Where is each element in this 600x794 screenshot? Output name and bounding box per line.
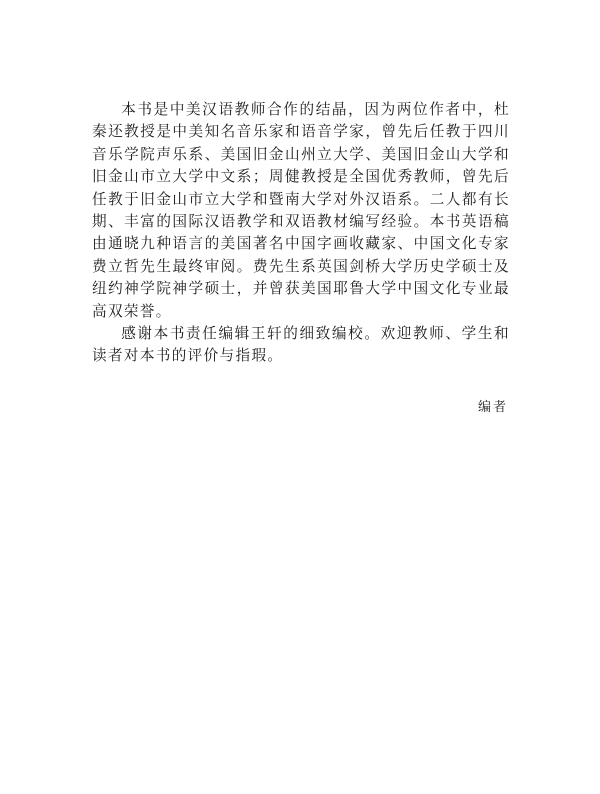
document-body: 本书是中美汉语教师合作的结晶，因为两位作者中，杜秦还教授是中美知名音乐家和语音学… (92, 99, 510, 368)
paragraph-authors: 本书是中美汉语教师合作的结晶，因为两位作者中，杜秦还教授是中美知名音乐家和语音学… (92, 99, 510, 323)
paragraph-acknowledgements: 感谢本书责任编辑王轩的细致编校。欢迎教师、学生和读者对本书的评价与指瑕。 (92, 323, 510, 368)
signature-editors: 编者 (478, 399, 508, 417)
